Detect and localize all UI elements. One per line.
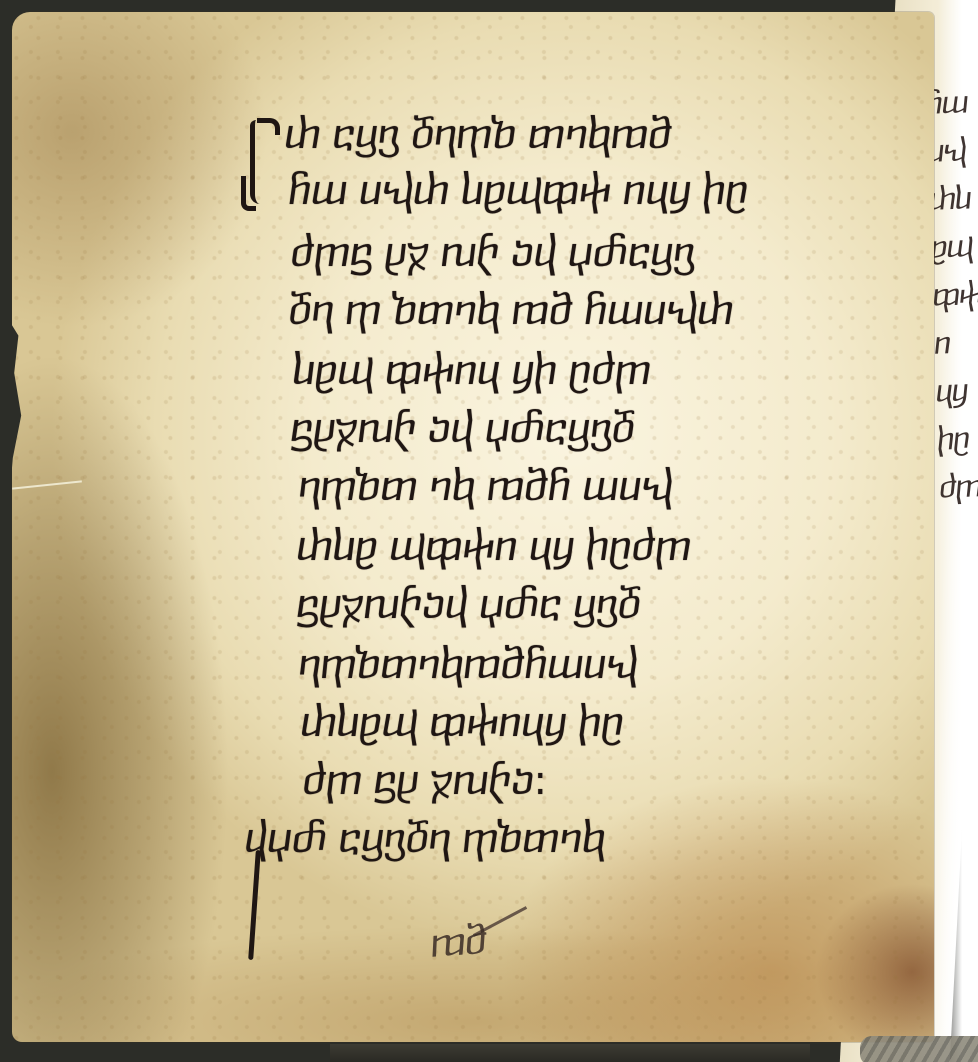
text-line-12: ⴛⴜ ⴝⴞ ⴟⴠⴡⴢ: — [302, 758, 546, 804]
text-line-2: ⴌⴍ ⴎⴏⴐ ⴑⴒⴓⴔⴕ ⴖⴗⴘ ⴙⴚ — [288, 168, 748, 214]
text-line-8: ⴐⴑⴒ ⴓⴔⴕⴖ ⴗⴘ ⴙⴚⴛⴜ — [296, 524, 691, 570]
text-line-13: ⴣⴤⴥ ⴀⴁⴂⴃⴄ ⴅⴆⴇⴈⴉ — [244, 816, 605, 862]
decorated-initial — [250, 120, 281, 204]
parchment-page: ⴐ ⴀⴁⴂ ⴃⴄⴅⴆ ⴇⴈⴉⴊⴋ ⴌⴍ ⴎⴏⴐ ⴑⴒⴓⴔⴕ ⴖⴗⴘ ⴙⴚ ⴛⴜⴝ… — [12, 12, 934, 1042]
text-line-5: ⴑⴒⴓ ⴔⴕⴖⴗ ⴘⴙ ⴚⴛⴜ — [292, 348, 651, 394]
text-line-9: ⴝⴞⴟⴠⴡⴢⴣ ⴤⴥⴀ ⴁⴂⴃ — [296, 582, 640, 628]
text-line-11: ⴐⴑⴒⴓ ⴔⴕⴖⴗⴘ ⴙⴚ — [300, 700, 623, 746]
text-line-4: ⴃⴄ ⴅ ⴆⴇⴈⴉ ⴊⴋ ⴌⴍⴎⴏⴐ — [288, 288, 733, 334]
text-line-10: ⴄⴅⴆⴇⴈⴉⴊⴋⴌⴍⴎⴏ — [298, 642, 637, 688]
text-line-6: ⴝⴞⴟⴠⴡ ⴢⴣ ⴤⴥⴀⴁⴂⴃ — [290, 406, 634, 452]
text-line-1: ⴐ ⴀⴁⴂ ⴃⴄⴅⴆ ⴇⴈⴉⴊⴋ — [284, 112, 672, 158]
text-line-7: ⴄⴅⴆⴇ ⴈⴉ ⴊⴋⴌ ⴍⴎⴏ — [298, 464, 672, 510]
folio-number: ⴊⴋ — [429, 918, 488, 966]
binding-cord — [860, 1036, 978, 1062]
manuscript-photo: ⴌⴍ ⴎⴏ ⴐⴑ ⴒⴓ ⴔⴕ ⴖ ⴗⴘ ⴙⴚ ⴛⴜ ⴐ ⴀⴁⴂ ⴃⴄⴅⴆ ⴇⴈⴉ… — [0, 0, 978, 1062]
text-line-3: ⴛⴜⴝ ⴞⴟ ⴠⴡ ⴢⴣ ⴤⴥⴀⴁⴂ — [290, 230, 694, 276]
book-edge-shadow — [330, 1044, 810, 1062]
